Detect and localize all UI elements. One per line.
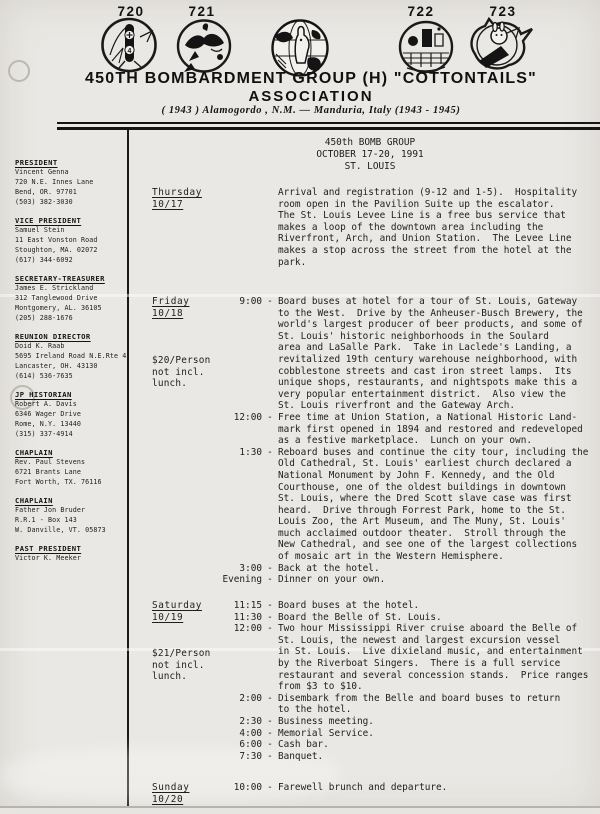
- day-label-column: Sunday 10/20: [152, 782, 220, 805]
- squadron-723-emblem-icon: [463, 16, 535, 77]
- entry-text: Back at the hotel.: [278, 563, 380, 575]
- day-date: 10/19: [152, 612, 183, 624]
- entry-dash: -: [262, 693, 278, 716]
- entry-text: Farewell brunch and departure.: [278, 782, 447, 794]
- entry-dash: [262, 187, 278, 268]
- entry-time: 11:30: [220, 612, 262, 624]
- scanned-document-page: 720 721 722 723 4: [0, 0, 600, 814]
- schedule-entry: Arrival and registration (9-12 and 1-5).…: [220, 187, 598, 268]
- entry-dash: -: [262, 716, 278, 728]
- officer-title: JP HISTORIAN: [15, 390, 127, 400]
- association-title: 450TH BOMBARDMENT GROUP (H) "COTTONTAILS…: [22, 70, 600, 88]
- schedule-day-thursday: Thursday 10/17 Arrival and registration …: [152, 187, 598, 268]
- officer-title: VICE PRESIDENT: [15, 216, 127, 226]
- schedule-entry: Evening - Dinner on your own.: [220, 574, 598, 586]
- day-label-column: Thursday 10/17: [152, 187, 220, 210]
- officer-title: SECRETARY-TREASURER: [15, 274, 127, 284]
- officer-address: Victor K. Meeker: [15, 554, 127, 564]
- paper-below-edge: [0, 808, 600, 814]
- officer-past-president: PAST PRESIDENT Victor K. Meeker: [15, 544, 127, 564]
- officer-secretary-treasurer: SECRETARY-TREASURER James E. Strickland …: [15, 274, 127, 324]
- entry-text: Business meeting.: [278, 716, 374, 728]
- day-date: 10/17: [152, 199, 183, 211]
- schedule-entry: 7:30 - Banquet.: [220, 751, 598, 763]
- schedule-day-saturday: Saturday 10/19 $21/Person not incl. lunc…: [152, 600, 598, 762]
- entry-time: 10:00: [220, 782, 262, 794]
- day-name: Thursday: [152, 187, 202, 199]
- day-label-column: Friday 10/18 $20/Person not incl. lunch.: [152, 296, 220, 390]
- day-name: Friday: [152, 296, 189, 308]
- event-title: 450th BOMB GROUP OCTOBER 17-20, 1991 ST.…: [140, 137, 600, 172]
- association-history-line: ( 1943 ) Alamogordo , N.M. — Manduria, I…: [22, 105, 600, 116]
- schedule-entry: 3:00 - Back at the hotel.: [220, 563, 598, 575]
- schedule-entry: 11:30 - Board the Belle of St. Louis.: [220, 612, 598, 624]
- schedule-entry: 2:30 - Business meeting.: [220, 716, 598, 728]
- officer-historian: JP HISTORIAN Robert A. Davis 6346 Wager …: [15, 390, 127, 440]
- day-entries: Arrival and registration (9-12 and 1-5).…: [220, 187, 598, 268]
- entry-time: 12:00: [220, 412, 262, 447]
- column-divider: [127, 130, 129, 808]
- entry-time: 3:00: [220, 563, 262, 575]
- officer-address: Father Jon Bruder R.R.1 - Box 143 W. Dan…: [15, 506, 127, 536]
- entry-text: Memorial Service.: [278, 728, 374, 740]
- schedule-entry: 12:00 - Free time at Union Station, a Na…: [220, 412, 598, 447]
- officer-president: PRESIDENT Vincent Genna 720 N.E. Innes L…: [15, 158, 127, 208]
- officer-title: CHAPLAIN: [15, 448, 127, 458]
- entry-text: Two hour Mississippi River cruise aboard…: [278, 623, 588, 693]
- day-date: 10/18: [152, 308, 183, 320]
- officer-title: PRESIDENT: [15, 158, 127, 168]
- header-divider-thin: [57, 122, 600, 124]
- entry-dash: -: [262, 612, 278, 624]
- entry-time: 12:00: [220, 623, 262, 693]
- entry-time: 1:30: [220, 447, 262, 563]
- officer-chaplain-1: CHAPLAIN Rev. Paul Stevens 6721 Brants L…: [15, 448, 127, 488]
- officer-title: CHAPLAIN: [15, 496, 127, 506]
- officer-address: James E. Strickland 312 Tanglewood Drive…: [15, 284, 127, 324]
- entry-text: Arrival and registration (9-12 and 1-5).…: [278, 187, 577, 268]
- entry-time: Evening: [220, 574, 262, 586]
- entry-dash: -: [262, 739, 278, 751]
- entry-text: Banquet.: [278, 751, 323, 763]
- officer-address: Rev. Paul Stevens 6721 Brants Lane Fort …: [15, 458, 127, 488]
- entry-dash: -: [262, 447, 278, 563]
- day-name: Saturday: [152, 600, 202, 612]
- schedule-day-sunday: Sunday 10/20 10:00 - Farewell brunch and…: [152, 782, 598, 805]
- officer-address: Samuel Stein 11 East Vonston Road Stough…: [15, 226, 127, 266]
- entry-time: 6:00: [220, 739, 262, 751]
- entry-dash: -: [262, 600, 278, 612]
- squadron-720-emblem-icon: 4: [100, 17, 158, 74]
- entry-dash: -: [262, 751, 278, 763]
- officer-reunion-director: REUNION DIRECTOR Doid K. Raab 5695 Irela…: [15, 332, 127, 382]
- day-entries: 9:00 - Board buses at hotel for a tour o…: [220, 296, 598, 586]
- entry-time: 2:00: [220, 693, 262, 716]
- officer-title: REUNION DIRECTOR: [15, 332, 127, 342]
- officer-title: PAST PRESIDENT: [15, 544, 127, 554]
- entry-dash: -: [262, 412, 278, 447]
- schedule-entry: 9:00 - Board buses at hotel for a tour o…: [220, 296, 598, 412]
- officer-address: Vincent Genna 720 N.E. Innes Lane Bend, …: [15, 168, 127, 208]
- day-label-column: Saturday 10/19 $21/Person not incl. lunc…: [152, 600, 220, 683]
- officers-sidebar: PRESIDENT Vincent Genna 720 N.E. Innes L…: [15, 158, 127, 573]
- schedule-entry: 2:00 - Disembark from the Belle and boar…: [220, 693, 598, 716]
- officer-address: Robert A. Davis 6346 Wager Drive Rome, N…: [15, 400, 127, 440]
- schedule-day-friday: Friday 10/18 $20/Person not incl. lunch.…: [152, 296, 598, 586]
- entry-text: Board the Belle of St. Louis.: [278, 612, 442, 624]
- entry-time: 11:15: [220, 600, 262, 612]
- officer-vice-president: VICE PRESIDENT Samuel Stein 11 East Vons…: [15, 216, 127, 266]
- entry-time: [220, 187, 262, 268]
- squadron-722-emblem-icon: [397, 20, 455, 75]
- schedule-entry: 10:00 - Farewell brunch and departure.: [220, 782, 598, 794]
- svg-text:4: 4: [128, 48, 132, 55]
- entry-text: Reboard buses and continue the city tour…: [278, 447, 588, 563]
- header-divider-thick: [57, 127, 600, 130]
- schedule-entry: 1:30 - Reboard buses and continue the ci…: [220, 447, 598, 563]
- entry-time: 9:00: [220, 296, 262, 412]
- entry-text: Board buses at hotel for a tour of St. L…: [278, 296, 583, 412]
- entry-text: Cash bar.: [278, 739, 329, 751]
- entry-text: Board buses at the hotel.: [278, 600, 419, 612]
- entry-dash: -: [262, 296, 278, 412]
- price-note: $21/Person not incl. lunch.: [152, 648, 220, 683]
- entry-text: Dinner on your own.: [278, 574, 385, 586]
- entry-dash: -: [262, 728, 278, 740]
- entry-time: 4:00: [220, 728, 262, 740]
- hole-punch-icon: [8, 60, 30, 82]
- entry-text: Free time at Union Station, a National H…: [278, 412, 583, 447]
- schedule-entry: 4:00 - Memorial Service.: [220, 728, 598, 740]
- day-name: Sunday: [152, 782, 189, 794]
- day-entries: 10:00 - Farewell brunch and departure.: [220, 782, 598, 794]
- entry-dash: -: [262, 574, 278, 586]
- officer-chaplain-2: CHAPLAIN Father Jon Bruder R.R.1 - Box 1…: [15, 496, 127, 536]
- schedule-entry: 11:15 - Board buses at the hotel.: [220, 600, 598, 612]
- association-subtitle: ASSOCIATION: [22, 88, 600, 105]
- entry-time: 2:30: [220, 716, 262, 728]
- entry-time: 7:30: [220, 751, 262, 763]
- entry-text: Disembark from the Belle and board buses…: [278, 693, 560, 716]
- entry-dash: -: [262, 563, 278, 575]
- entry-dash: -: [262, 623, 278, 693]
- schedule-entry: 12:00 - Two hour Mississippi River cruis…: [220, 623, 598, 693]
- schedule-entry: 6:00 - Cash bar.: [220, 739, 598, 751]
- price-note: $20/Person not incl. lunch.: [152, 355, 220, 390]
- squadron-number-722: 722: [389, 4, 453, 19]
- day-entries: 11:15 - Board buses at the hotel. 11:30 …: [220, 600, 598, 762]
- day-date: 10/20: [152, 794, 183, 806]
- squadron-721-emblem-icon: [175, 17, 234, 74]
- entry-dash: -: [262, 782, 278, 794]
- officer-address: Doid K. Raab 5695 Ireland Road N.E.Rte 4…: [15, 342, 127, 382]
